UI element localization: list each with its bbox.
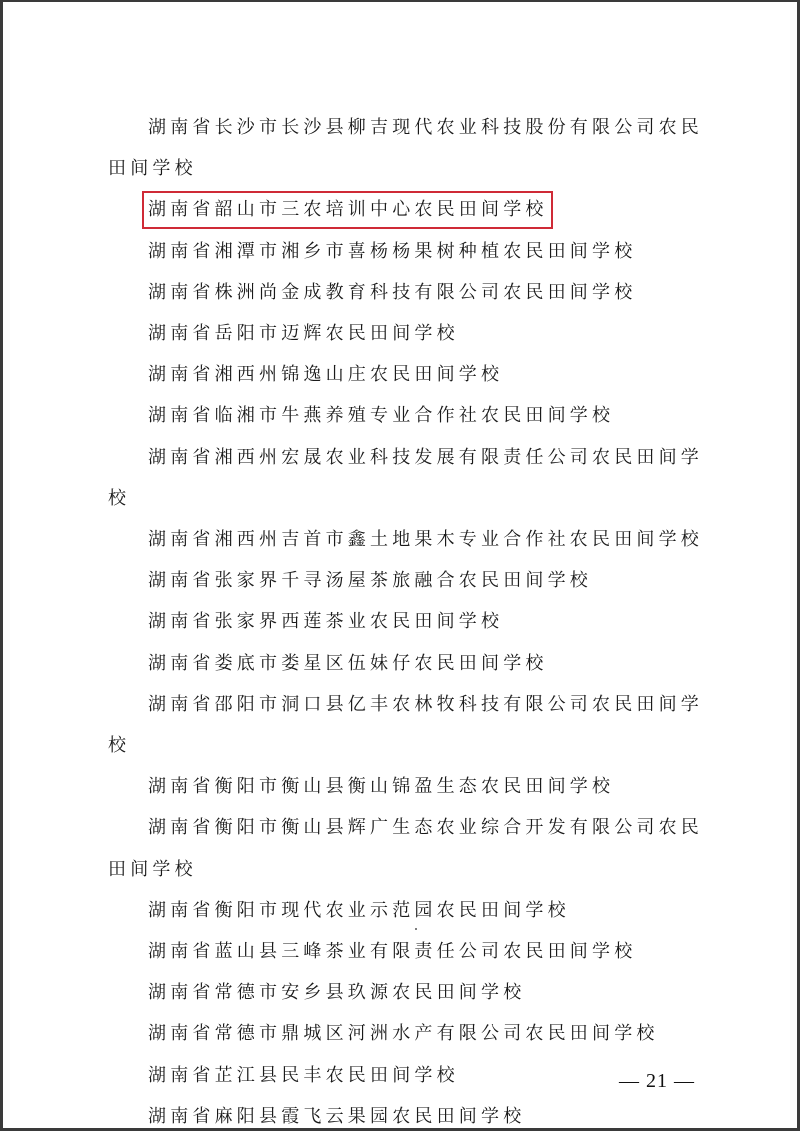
school-list: 湖南省长沙市长沙县柳吉现代农业科技股份有限公司农民田间学校 湖南省韶山市三农培训… [108, 107, 708, 1131]
list-item: 湖南省湘西州锦逸山庄农民田间学校 [108, 354, 708, 395]
list-item: 湖南省芷江县民丰农民田间学校 [108, 1055, 708, 1096]
list-item: 湖南省湘潭市湘乡市喜杨杨果树种植农民田间学校 [108, 231, 708, 272]
highlight-box: 湖南省韶山市三农培训中心农民田间学校 [142, 191, 553, 229]
list-item: 湖南省衡阳市现代农业示范园农民田间学校 [108, 890, 708, 931]
list-item: 湖南省张家界西莲茶业农民田间学校 [108, 601, 708, 642]
scan-artifact-dot [415, 928, 417, 930]
page-number: — 21 — [619, 1070, 695, 1093]
list-item: 湖南省临湘市牛燕养殖专业合作社农民田间学校 [108, 395, 708, 436]
list-item: 湖南省常德市鼎城区河洲水产有限公司农民田间学校 [108, 1013, 708, 1054]
list-item: 湖南省株洲尚金成教育科技有限公司农民田间学校 [108, 272, 708, 313]
list-item: 湖南省长沙市长沙县柳吉现代农业科技股份有限公司农民田间学校 [108, 107, 708, 189]
list-item-highlighted: 湖南省韶山市三农培训中心农民田间学校 [108, 189, 708, 230]
list-item: 湖南省衡阳市衡山县衡山锦盈生态农民田间学校 [108, 766, 708, 807]
list-item: 湖南省岳阳市迈辉农民田间学校 [108, 313, 708, 354]
list-item: 湖南省蓝山县三峰茶业有限责任公司农民田间学校 [108, 931, 708, 972]
list-item: 湖南省邵阳市洞口县亿丰农林牧科技有限公司农民田间学校 [108, 684, 708, 766]
list-item: 湖南省麻阳县霞飞云果园农民田间学校 [108, 1096, 708, 1131]
list-item: 湖南省湘西州吉首市鑫土地果木专业合作社农民田间学校 [108, 519, 708, 560]
list-item: 湖南省张家界千寻汤屋茶旅融合农民田间学校 [108, 560, 708, 601]
list-item: 湖南省常德市安乡县玖源农民田间学校 [108, 972, 708, 1013]
list-item: 湖南省娄底市娄星区伍妹仔农民田间学校 [108, 643, 708, 684]
list-item: 湖南省衡阳市衡山县辉广生态农业综合开发有限公司农民田间学校 [108, 807, 708, 889]
list-item: 湖南省湘西州宏晟农业科技发展有限责任公司农民田间学校 [108, 437, 708, 519]
